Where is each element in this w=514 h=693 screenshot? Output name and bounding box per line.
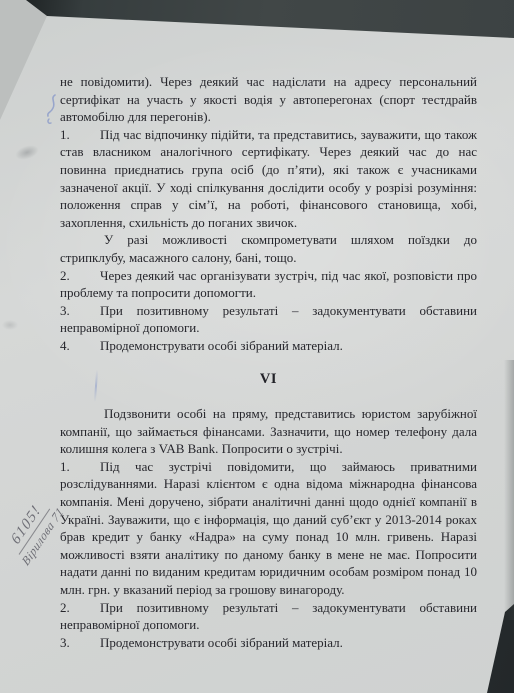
list-item-v-3: 3.При позитивному результаті – задокумен… [60, 302, 477, 337]
paragraph-compromise: У разі можливості скомпрометувати шляхом… [60, 231, 477, 266]
document-text: не повідомити). Через деякий час надісла… [60, 73, 477, 651]
pencil-smudge [14, 143, 41, 163]
scanned-document-page: 6105! Вірилова 71 не повідомити). Через … [0, 0, 514, 693]
item-number: 1. [60, 458, 100, 476]
item-number: 3. [60, 302, 100, 320]
list-item-v-2: 2.Через деякий час організувати зустріч,… [60, 267, 477, 302]
item-number: 3. [60, 634, 100, 652]
item-text: Під час зустрічі повідомити, що займаюсь… [60, 459, 477, 597]
paper-right-edge-shadow [504, 360, 514, 620]
item-text: Продемонструвати особі зібраний матеріал… [100, 338, 343, 353]
list-item-vi-1: 1.Під час зустрічі повідомити, що займаю… [60, 458, 477, 599]
paragraph-continuation: не повідомити). Через деякий час надісла… [60, 73, 477, 126]
paragraph-section-vi-intro: Подзвонити особі на пряму, представитись… [60, 405, 477, 458]
item-text: Через деякий час організувати зустріч, п… [60, 268, 477, 301]
item-text: При позитивному результаті – задокументу… [60, 600, 477, 633]
pencil-smudge-faint [2, 320, 18, 330]
list-item-vi-3: 3.Продемонструвати особі зібраний матері… [60, 634, 477, 652]
item-text: При позитивному результаті – задокументу… [60, 303, 477, 336]
list-item-vi-2: 2.При позитивному результаті – задокумен… [60, 599, 477, 634]
item-text: Під час відпочинку підійти, та представи… [60, 127, 477, 230]
list-item-v-1: 1.Під час відпочинку підійти, та предста… [60, 126, 477, 232]
item-number: 2. [60, 267, 100, 285]
section-heading: VI [60, 371, 477, 389]
item-number: 4. [60, 337, 100, 355]
item-text: Продемонструвати особі зібраний матеріал… [100, 635, 343, 650]
blue-pen-mark [46, 94, 60, 126]
item-number: 1. [60, 126, 100, 144]
list-item-v-4: 4.Продемонструвати особі зібраний матері… [60, 337, 477, 355]
item-number: 2. [60, 599, 100, 617]
